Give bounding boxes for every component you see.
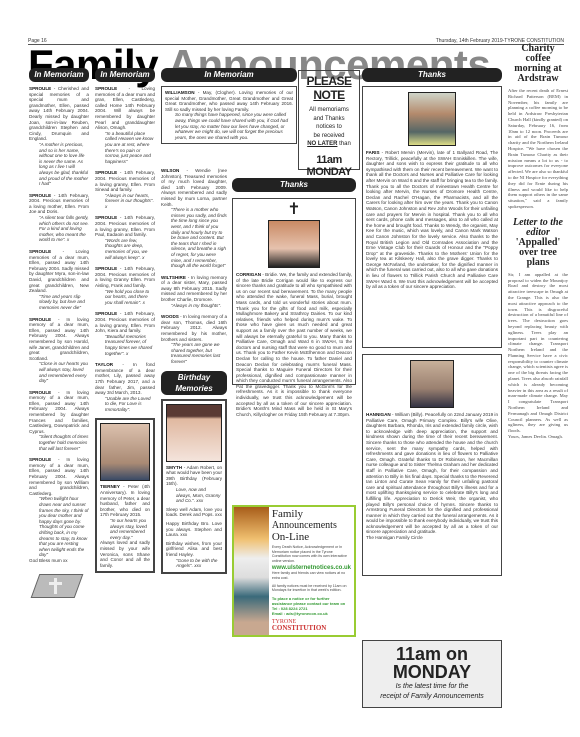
col1-in-memoriam: In Memoriam SPROULE - Cherished and spec… [29, 68, 89, 602]
corrigan-notice: ✝ CORRIGAN - Bridie. We, the family and … [232, 198, 356, 385]
tierney-notice: TIERNEY - Peter (4th Anniversary). In lo… [95, 418, 155, 573]
news-sidebar: Charity coffee morning at Ardstraw After… [508, 44, 568, 440]
section-heading: In Memoriam [29, 68, 89, 82]
faris-photo [408, 92, 456, 146]
online-notices-ad: Family Announcements On-Line Every Death… [232, 505, 356, 637]
corrigan-photo [268, 220, 320, 268]
section-heading: Thanks [362, 68, 502, 82]
section-heading: In Memoriam [95, 68, 155, 82]
thanks-left: Thanks ✝ CORRIGAN - Bridie. We, the fami… [232, 178, 356, 385]
hannigan-notice: HANNIGAN - William (Billy). Peacefully o… [362, 354, 502, 576]
smyth-photo [166, 404, 222, 462]
deadline-box: 11am on MONDAY Is the latest time for th… [362, 640, 502, 708]
ad-email-link[interactable]: Email : ads@tyronecon.co.uk [272, 611, 351, 616]
section-heading: Thanks [232, 178, 356, 192]
hannigan-photo [410, 360, 454, 408]
ad-image [234, 507, 269, 635]
thanks-right: Thanks FARIS - Robert Mervin (Mervin), l… [362, 68, 502, 576]
section-heading: In Memoriam [161, 68, 297, 82]
col3-lower: WILSON - Wendie (nee Johnston). Treasure… [161, 168, 227, 574]
williamson-notice: WILLIAMSON - May, (Clogher). Loving memo… [161, 86, 297, 144]
faris-notice: FARIS - Robert Mervin (Mervin), late of … [362, 86, 502, 348]
letter-headline: 'Appalled' over tree plans [508, 238, 568, 268]
letter-heading: Letter to the editor [508, 218, 568, 238]
tierney-photo [100, 423, 150, 481]
please-note-box: PLEASE NOTE All memoriams and Thanks not… [298, 70, 360, 170]
col3-in-memoriam: In Memoriam WILLIAMSON - May, (Clogher).… [161, 68, 297, 144]
col2-in-memoriam: In Memoriam SPROULE - Loving memories of… [95, 68, 155, 573]
birthday-heading: Birthday Memories [161, 371, 227, 395]
bible-icon [29, 570, 84, 602]
cross-icon: ✝ [236, 202, 352, 218]
smyth-notice: SMYTH - Adam Robert, on what would have … [161, 399, 227, 574]
article-headline: Charity coffee morning at Ardstraw [508, 44, 568, 84]
